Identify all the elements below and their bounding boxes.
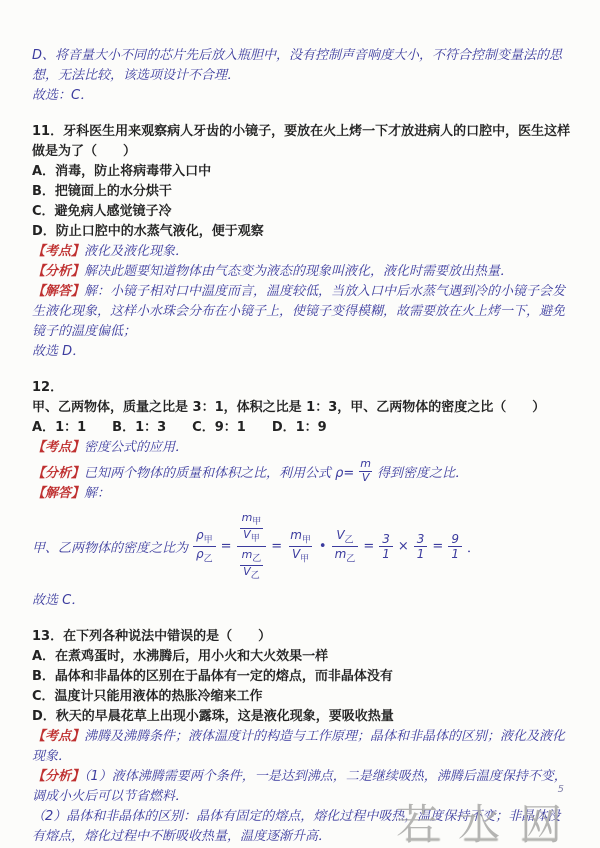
question-11-stem: 11．牙科医生用来观察病人牙齿的小镜子，要放在火上烤一下才放进病人的口腔中，医生… (32, 122, 572, 162)
option-text: 晶体和非晶体的区别在于晶体有一定的熔点，而非晶体没有 (55, 669, 393, 684)
question-11-number: 11． (32, 124, 63, 139)
option-text: 1：3 (135, 420, 166, 435)
option-label: A． (32, 649, 55, 664)
question-13-option-a: A．在煮鸡蛋时，水沸腾后，用小火和大火效果一样 (32, 647, 572, 667)
question-12-number: 12． (32, 380, 63, 395)
option-text: 1：9 (296, 420, 327, 435)
question-12-jieda: 【解答】解： (32, 484, 572, 504)
question-12-kaodian: 【考点】密度公式的应用． (32, 438, 572, 458)
option-text: 把镜面上的水分烘干 (55, 184, 172, 199)
question-11-option-a: A．消毒，防止将病毒带入口中 (32, 162, 572, 182)
kaodian-label: 【考点】 (32, 729, 84, 744)
question-13-stem: 13．在下列各种说法中错误的是（ ） (32, 627, 572, 647)
jieda-label: 【解答】 (32, 486, 84, 501)
question-13-option-b: B．晶体和非晶体的区别在于晶体有一定的熔点，而非晶体没有 (32, 667, 572, 687)
question-13-option-d: D．秋天的早晨花草上出现小露珠，这是液化现象，要吸收热量 (32, 707, 572, 727)
option-label: C． (32, 689, 55, 704)
question-13-option-c: C．温度计只能用液体的热胀冷缩来工作 (32, 687, 572, 707)
rho-ratio-fraction: ρ甲 ρ乙 (193, 528, 216, 565)
question-12: 12．甲、乙两物体，质量之比是 3：1，体积之比是 1：3，甲、乙两物体的密度之… (32, 378, 572, 611)
option-text: 防止口腔中的水蒸气液化，便于观察 (56, 224, 264, 239)
option-label: D． (272, 420, 296, 435)
kaodian-text: 密度公式的应用． (84, 440, 188, 455)
question-12-stem: 12．甲、乙两物体，质量之比是 3：1，体积之比是 1：3，甲、乙两物体的密度之… (32, 378, 572, 418)
option-label: B． (32, 184, 55, 199)
question-11-jieda: 【解答】解：小镜子相对口中温度而言，温度较低，当放入口中后水蒸气遇到冷的小镜子会… (32, 282, 572, 342)
equals-sign: = (363, 539, 374, 554)
density-ratio-derivation: 甲、乙两物体的密度之比为 ρ甲 ρ乙 = m甲 V甲 m乙 (32, 512, 572, 581)
question-13-number: 13． (32, 629, 63, 644)
question-11-option-c: C．避免病人感觉镜子冷 (32, 202, 572, 222)
jieda-text: 解：小镜子相对口中温度而言，温度较低，当放入口中后水蒸气遇到冷的小镜子会发生液化… (32, 284, 565, 339)
option-label: B． (32, 669, 55, 684)
question-13-stem-text: 在下列各种说法中错误的是（ ） (63, 629, 271, 644)
question-11-fenxi: 【分析】解决此题要知道物体由气态变为液态的现象叫液化，液化时需要放出热量． (32, 262, 572, 282)
fenxi-label: 【分析】 (32, 264, 84, 279)
equals-sign: = (432, 539, 443, 554)
kaodian-text: 液化及液化现象． (84, 244, 188, 259)
question-11-option-b: B．把镜面上的水分烘干 (32, 182, 572, 202)
option-text: 秋天的早晨花草上出现小露珠，这是液化现象，要吸收热量 (56, 709, 394, 724)
question-13-kaodian: 【考点】沸腾及沸腾条件；液体温度计的构造与工作原理；晶体和非晶体的区别；液化及液… (32, 727, 572, 767)
fenxi-label: 【分析】 (32, 462, 84, 481)
option-label: D． (32, 224, 56, 239)
v-yi-over-m-yi: V乙 m乙 (332, 528, 359, 565)
question-11-option-d: D．防止口腔中的水蒸气液化，便于观察 (32, 222, 572, 242)
question-12-option-b: B．1：3 (112, 418, 166, 438)
three-over-one-first: 3 1 (379, 532, 393, 562)
question-12-options: A．1：1 B．1：3 C．9：1 D．1：9 (32, 418, 572, 438)
nine-over-one-result: 9 1 (448, 532, 462, 562)
exam-answer-page: D、将音量大小不同的芯片先后放入瓶胆中，没有控制声音响度大小，不符合控制变量法的… (0, 0, 600, 848)
question-12-fenxi: 【分析】已知两个物体的质量和体积之比，利用公式 ρ=mV得到密度之比． (32, 458, 572, 484)
option-label: D． (32, 709, 56, 724)
density-formula-fraction: mV (357, 458, 374, 484)
full-stop: ． (467, 537, 480, 556)
equals-sign: = (221, 539, 232, 554)
watermark-subtext (406, 838, 556, 841)
multiplication-sign: × (398, 539, 409, 554)
question-12-option-d: D．1：9 (272, 418, 327, 438)
kaodian-label: 【考点】 (32, 440, 84, 455)
question-12-option-a: A．1：1 (32, 418, 86, 438)
equals-sign: = (271, 539, 282, 554)
question-12-stem-text: 甲、乙两物体，质量之比是 3：1，体积之比是 1：3，甲、乙两物体的密度之比（ … (32, 400, 545, 415)
question-11-stem-text: 牙科医生用来观察病人牙齿的小镜子，要放在火上烤一下才放进病人的口腔中，医生这样做… (32, 124, 570, 159)
option-label: C． (192, 420, 215, 435)
formula-lead-text: 甲、乙两物体的密度之比为 (32, 537, 188, 556)
fenxi-label: 【分析】 (32, 769, 84, 784)
page-content: D、将音量大小不同的芯片先后放入瓶胆中，没有控制声音响度大小，不符合控制变量法的… (32, 46, 572, 847)
option-text: 消毒，防止将病毒带入口中 (55, 164, 211, 179)
option-text: 避免病人感觉镜子冷 (55, 204, 172, 219)
option-text: 在煮鸡蛋时，水沸腾后，用小火和大火效果一样 (55, 649, 328, 664)
nested-mv-fraction: m甲 V甲 m乙 V乙 (237, 512, 267, 581)
fenxi-text: 解决此题要知道物体由气态变为液态的现象叫液化，液化时需要放出热量． (84, 264, 513, 279)
prev-answer-choice: 故选：C． (32, 86, 572, 106)
option-label: C． (32, 204, 55, 219)
question-11-kaodian: 【考点】液化及液化现象． (32, 242, 572, 262)
option-text: 温度计只能用液体的热胀冷缩来工作 (55, 689, 263, 704)
option-text: 9：1 (215, 420, 246, 435)
jieda-text: 解： (84, 486, 110, 501)
jieda-label: 【解答】 (32, 284, 84, 299)
kaodian-text: 沸腾及沸腾条件；液体温度计的构造与工作原理；晶体和非晶体的区别；液化及液化现象． (32, 729, 565, 764)
question-12-answer: 故选 C． (32, 591, 572, 611)
option-label: A． (32, 164, 55, 179)
prev-answer-body: D、将音量大小不同的芯片先后放入瓶胆中，没有控制声音响度大小，不符合控制变量法的… (32, 46, 572, 86)
dot-operator: • (319, 539, 327, 554)
fenxi-text-post: 得到密度之比． (377, 462, 468, 481)
option-text: 1：1 (55, 420, 86, 435)
m-jia-over-v-jia: m甲 V甲 (287, 528, 314, 565)
option-label: A． (32, 420, 55, 435)
fenxi-text-pre: 已知两个物体的质量和体积之比，利用公式 ρ= (84, 462, 354, 481)
question-11-answer: 故选 D． (32, 342, 572, 362)
three-over-one-second: 3 1 (414, 532, 428, 562)
question-11: 11．牙科医生用来观察病人牙齿的小镜子，要放在火上烤一下才放进病人的口腔中，医生… (32, 122, 572, 362)
question-12-option-c: C．9：1 (192, 418, 246, 438)
kaodian-label: 【考点】 (32, 244, 84, 259)
option-label: B． (112, 420, 135, 435)
